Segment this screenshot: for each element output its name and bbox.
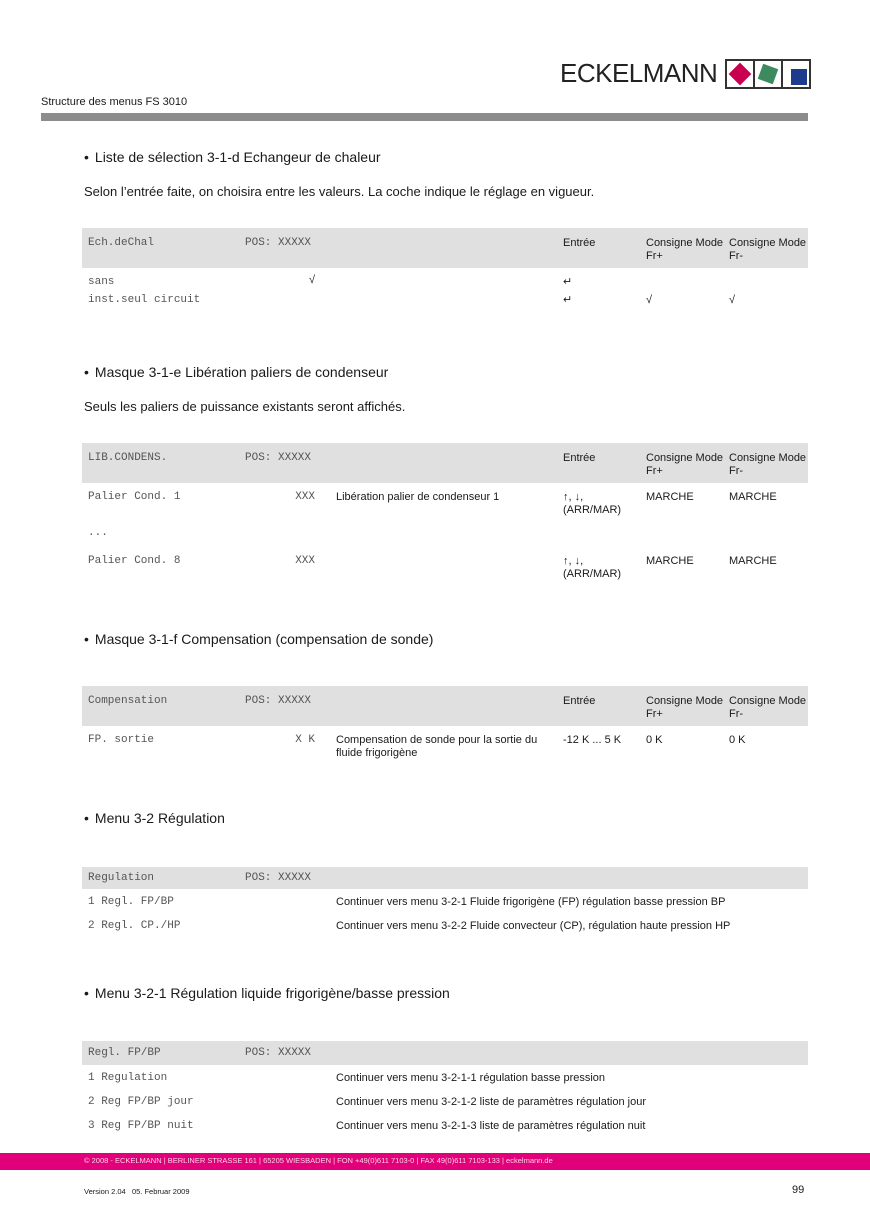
table-row: inst.seul circuit ↵ √ √: [82, 288, 808, 308]
menu-table-regl-fp-bp: Regl. FP/BP POS: XXXXX 1 Regulation Cont…: [82, 1041, 808, 1137]
table-cell: Entrée: [563, 695, 643, 708]
enter-key-icon: ↵: [563, 294, 643, 307]
table-cell: Continuer vers menu 3-2-2 Fluide convect…: [336, 920, 806, 933]
table-cell: MARCHE: [646, 555, 726, 568]
table-cell: 2 Regl. CP./HP: [88, 920, 180, 933]
table-cell: 1 Regl. FP/BP: [88, 896, 174, 909]
table-cell: Masque 3-1-e Libération paliers de conde…: [95, 364, 388, 380]
table-cell: Liste de sélection 3-1-d Echangeur de ch…: [95, 149, 381, 165]
table-cell: ↑, ↓, (ARR/MAR): [563, 491, 633, 517]
table-header: LIB.CONDENS. POS: XXXXX Entrée Consigne …: [82, 443, 808, 483]
table-row[interactable]: 2 Reg FP/BP jour Continuer vers menu 3-2…: [82, 1089, 808, 1113]
table-cell: POS: XXXXX: [245, 452, 311, 465]
table-cell: Consigne Mode Fr-: [729, 695, 809, 721]
document-title: Structure des menus FS 3010: [41, 96, 187, 108]
table-cell: POS: XXXXX: [245, 872, 311, 885]
table-row[interactable]: 3 Reg FP/BP nuit Continuer vers menu 3-2…: [82, 1113, 808, 1137]
section-heading: •Masque 3-1-f Compensation (compensation…: [84, 631, 433, 647]
table-cell: 3 Reg FP/BP nuit: [88, 1120, 194, 1133]
table-cell: Continuer vers menu 3-2-1 Fluide frigori…: [336, 896, 806, 909]
table-cell: ↑, ↓, (ARR/MAR): [563, 555, 633, 581]
table-cell: MARCHE: [729, 491, 809, 504]
blue-square-icon: [791, 69, 807, 85]
check-icon: √: [729, 294, 809, 307]
table-cell: POS: XXXXX: [245, 1047, 311, 1060]
table-row: Palier Cond. 1 XXX Libération palier de …: [82, 483, 808, 523]
page-number: 99: [792, 1184, 804, 1196]
table-cell: Palier Cond. 1: [88, 491, 180, 504]
table-header: Regl. FP/BP POS: XXXXX: [82, 1041, 808, 1065]
logo-mark: [725, 59, 811, 89]
section-heading: •Masque 3-1-e Libération paliers de cond…: [84, 364, 388, 380]
table-row: FP. sortie X K Compensation de sonde pou…: [82, 726, 808, 766]
table-cell: Consigne Mode Fr+: [646, 237, 726, 263]
table-cell: Consigne Mode Fr+: [646, 452, 726, 478]
table-row[interactable]: 2 Regl. CP./HP Continuer vers menu 3-2-2…: [82, 913, 808, 937]
eckelmann-logo: ECKELMANN: [560, 58, 811, 89]
table-cell: Continuer vers menu 3-2-1-1 régulation b…: [336, 1072, 806, 1085]
table-cell: Consigne Mode Fr+: [646, 695, 726, 721]
version-info: Version 2.04 05. Februar 2009: [84, 1187, 190, 1196]
table-cell: inst.seul circuit: [88, 294, 200, 307]
table-cell: -12 K ... 5 K: [563, 734, 643, 747]
table-cell: Compensation de sonde pour la sortie du …: [336, 734, 551, 760]
footer-contact: © 2008 - ECKELMANN | BERLINER STRASSE 16…: [84, 1156, 553, 1165]
section-paragraph: Seuls les paliers de puissance existants…: [84, 399, 405, 414]
table-cell: Menu 3-2 Régulation: [95, 810, 225, 826]
table-cell: Menu 3-2-1 Régulation liquide frigorigèn…: [95, 985, 450, 1001]
red-diamond-icon: [729, 62, 752, 85]
table-cell: XXX: [245, 555, 315, 568]
table-cell: Consigne Mode Fr-: [729, 237, 809, 263]
table-cell: ...: [88, 527, 108, 540]
table-header: Compensation POS: XXXXX Entrée Consigne …: [82, 686, 808, 726]
menu-table-compensation: Compensation POS: XXXXX Entrée Consigne …: [82, 686, 808, 766]
table-cell: Consigne Mode Fr-: [729, 452, 809, 478]
table-row: Palier Cond. 8 XXX ↑, ↓, (ARR/MAR) MARCH…: [82, 547, 808, 587]
table-cell: FP. sortie: [88, 734, 154, 747]
table-row[interactable]: 1 Regl. FP/BP Continuer vers menu 3-2-1 …: [82, 889, 808, 913]
section-paragraph: Selon l’entrée faite, on choisira entre …: [84, 184, 594, 199]
table-cell: POS: XXXXX: [245, 237, 311, 250]
table-header: Regulation POS: XXXXX: [82, 867, 808, 889]
section-heading: •Menu 3-2 Régulation: [84, 810, 225, 826]
table-cell: XXX: [245, 491, 315, 504]
table-cell: √: [245, 274, 315, 287]
table-cell: 0 K: [729, 734, 809, 747]
table-cell: Regl. FP/BP: [88, 1047, 161, 1060]
section-heading: •Menu 3-2-1 Régulation liquide frigorigè…: [84, 985, 450, 1001]
table-cell: 0 K: [646, 734, 726, 747]
table-cell: 2 Reg FP/BP jour: [88, 1096, 194, 1109]
table-cell: MARCHE: [646, 491, 726, 504]
table-cell: Libération palier de condenseur 1: [336, 491, 551, 504]
table-cell: POS: XXXXX: [245, 695, 311, 708]
menu-table-regulation: Regulation POS: XXXXX 1 Regl. FP/BP Cont…: [82, 867, 808, 937]
table-cell: Masque 3-1-f Compensation (compensation …: [95, 631, 434, 647]
header-rule: [41, 113, 808, 121]
check-icon: √: [646, 294, 726, 307]
table-cell: 1 Regulation: [88, 1072, 167, 1085]
table-cell: MARCHE: [729, 555, 809, 568]
table-cell: Regulation: [88, 872, 154, 885]
table-row[interactable]: 1 Regulation Continuer vers menu 3-2-1-1…: [82, 1065, 808, 1089]
menu-table-lib-condens: LIB.CONDENS. POS: XXXXX Entrée Consigne …: [82, 443, 808, 587]
green-square-icon: [758, 63, 779, 84]
table-cell: Compensation: [88, 695, 167, 708]
table-cell: Continuer vers menu 3-2-1-3 liste de par…: [336, 1120, 806, 1133]
table-cell: Ech.deChal: [88, 237, 154, 250]
table-header: Ech.deChal POS: XXXXX Entrée Consigne Mo…: [82, 228, 808, 268]
table-row: ...: [82, 523, 808, 547]
table-cell: LIB.CONDENS.: [88, 452, 167, 465]
section-heading: •Liste de sélection 3-1-d Echangeur de c…: [84, 149, 381, 165]
brand-name: ECKELMANN: [560, 58, 717, 89]
table-cell: Entrée: [563, 452, 643, 465]
table-row: sans √ ↵: [82, 268, 808, 288]
table-cell: Continuer vers menu 3-2-1-2 liste de par…: [336, 1096, 806, 1109]
table-cell: Entrée: [563, 237, 643, 250]
table-cell: Palier Cond. 8: [88, 555, 180, 568]
table-cell: X K: [245, 734, 315, 747]
menu-table-ech-dechal: Ech.deChal POS: XXXXX Entrée Consigne Mo…: [82, 228, 808, 308]
